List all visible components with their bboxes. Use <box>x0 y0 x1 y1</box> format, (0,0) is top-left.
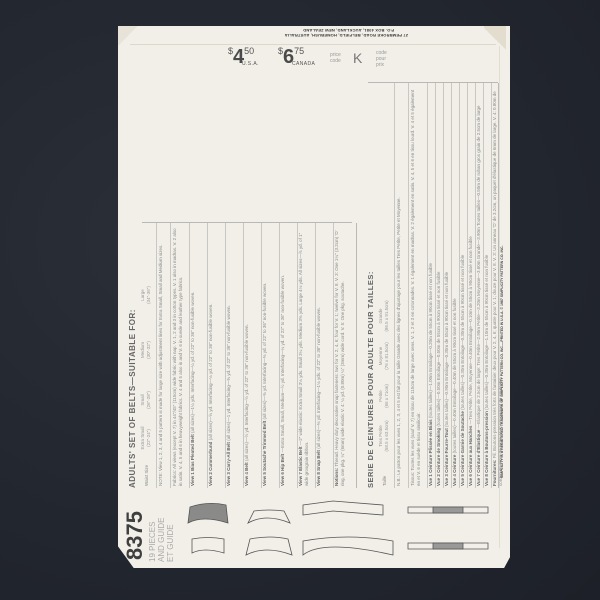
copyright-notice: SIMPLICITY IS A REGISTERED TRADEMARK OF … <box>500 246 505 479</box>
french-view-row: Vue 7 Ceinture d'Elastique —Elastique de… <box>476 87 482 486</box>
size-extra-small: Extra Small(22"-24") <box>140 420 151 456</box>
french-view-row: Vue 3 Ceinture Fourre-Tout (toutes taill… <box>444 87 450 486</box>
waist-size-label: Waist Size <box>144 456 150 486</box>
view-title: Vue 6 Ceinture aux Hanches <box>468 426 473 486</box>
section-divider <box>356 223 357 488</box>
english-view-row: View 8 Snap Belt (all sizes)—⅜ yd. Inter… <box>316 227 322 486</box>
size-small: Small(26"-28") <box>140 382 151 418</box>
french-view-row: Vue 1 Ceinture Plissée en Biais (toutes … <box>428 87 434 486</box>
english-heading: ADULTS' SET OF BELTS—SUITABLE FOR: <box>128 309 137 488</box>
view-requirements: (toutes tailles)—0.90m Entoilage—0.30m d… <box>444 272 449 427</box>
french-heading: SERIE DE CEINTURES POUR ADULTE POUR TAIL… <box>366 271 375 488</box>
view-title: View 2 Cummerbund <box>208 442 213 486</box>
english-view-row: View 7 Elastic Belt —2" wide elastic: Ex… <box>298 227 309 486</box>
english-view-row: View 3 Carry-All Belt (all sizes)—1 yd. … <box>226 227 232 486</box>
taille-petite: Petite(66 x 71cm) <box>378 376 389 416</box>
english-view-row: View 2 Cummerbund (all sizes)—⅝ yd. Inte… <box>208 227 214 486</box>
view-title: View 8 Snap Belt <box>316 450 321 486</box>
taille-grande: Grande(86.5 x 91.5cm) <box>378 296 389 336</box>
table-edge <box>498 83 499 488</box>
view-title: View 7 Elastic Belt <box>298 447 303 486</box>
view-requirements: Thread. Heavy duty decorative snap faste… <box>334 231 345 486</box>
french-note: N.B.: Le patron pour les vues 1, 2, 3, 4… <box>396 86 402 486</box>
view-title: Vue 3 Ceinture Fourre-Tout <box>444 428 449 486</box>
view-title: View 6 Hip Belt <box>280 454 285 486</box>
taille-label: Taille <box>382 456 388 486</box>
size-medium: Medium(30"-32") <box>140 332 151 368</box>
english-view-row: Notions: Thread. Heavy duty decorative s… <box>334 227 345 486</box>
english-view-row: View 5 Soutache Trimmed Belt (all sizes)… <box>262 227 268 486</box>
size-large: Large(34"-36") <box>140 277 151 313</box>
view-requirements: (all sizes)—⅜ yd. Interfacing—⅜ yd. of 2… <box>262 283 267 420</box>
english-note: NOTE: View 1, 2, 3, 4 and 5 pattern is m… <box>158 226 164 486</box>
view-title: Vue 8 Ceinture à Boutons-pression <box>484 411 489 486</box>
view-title: Fournitures: <box>492 460 497 487</box>
view-requirements: (toutes tailles)—0.30m Entoilage—0.30m d… <box>460 255 465 410</box>
french-fabrics: Tissus: Toutes les vues (sauf V. 7) en t… <box>410 86 421 486</box>
french-view-row: Vue 4 Ceinture (toutes tailles)—0.40m En… <box>452 87 458 486</box>
rotated-content: 8375 19 PIECES AND GUIDE ET GUIDE <box>118 26 510 568</box>
view-title: Vue 4 Ceinture <box>452 455 457 486</box>
table-edge <box>368 82 498 83</box>
view-requirements: —Tres Petite, Petite, Moyenne—0.40m Ento… <box>468 236 473 424</box>
view-requirements: (toutes tailles)—0.30m Entoilage—1.10m d… <box>484 255 489 410</box>
view-requirements: (toutes tailles)—0.40m Entoilage—0.40m d… <box>452 298 457 453</box>
english-view-row: View 6 Hip Belt —Extra Small, Small, Med… <box>280 227 286 486</box>
divider <box>156 223 157 488</box>
view-requirements: (all sizes)—½ yd. Interfacing—½ yd. of 2… <box>244 324 249 461</box>
french-view-row: Vue 5 Ceinture Garnie de Soutache (toute… <box>460 87 466 486</box>
french-view-row: Vue 8 Ceinture à Boutons-pression (toute… <box>484 87 490 486</box>
english-fabrics: Fabrics: All views (except V. 7) in 44"/… <box>172 226 183 486</box>
divider <box>394 83 395 488</box>
view-title: Notions: <box>334 468 339 486</box>
view-requirements: (toutes tailles)—0.50m Entoilage—0.50m d… <box>436 272 441 427</box>
view-title: Vue 2 Ceinture de Smoking <box>436 428 441 486</box>
view-requirements: —Elastique de 2.5cm de large: Tres Petit… <box>476 105 481 428</box>
view-title: View 5 Soutache Trimmed Belt <box>262 421 267 486</box>
view-requirements: (all sizes)—⅜ yd. Interfacing—1⅛ yds. of… <box>316 307 321 449</box>
pieces-info: 19 PIECES AND GUIDE ET GUIDE <box>148 518 175 562</box>
view-requirements: (all sizes)—⅝ yd. Interfacing—⅛ yd. of 2… <box>208 304 213 441</box>
view-title: View 1 Bias Pleated Belt <box>190 434 195 486</box>
english-view-row: View 4 Belt (all sizes)—½ yd. Interfacin… <box>244 227 250 486</box>
belt-illustrations <box>178 493 498 563</box>
view-title: Vue 7 Ceinture d'Elastique <box>476 430 481 486</box>
view-requirements: (all sizes)—1¼ yds. Interfacing—¼ yd. of… <box>190 292 195 434</box>
view-title: Vue 1 Ceinture Plissée en Biais <box>428 419 433 486</box>
view-requirements: (all sizes)—1 yd. Interfacing—⅜ yd. of 2… <box>226 305 231 441</box>
view-requirements: —Extra Small, Small, Medium—½ yd. Interf… <box>280 275 285 453</box>
view-title: View 4 Belt <box>244 462 249 486</box>
pattern-number: 8375 <box>122 511 148 560</box>
taille-moyenne: Moyenne(76 x 81.5cm) <box>378 336 389 376</box>
pattern-envelope-back: 27 PEMBROKE ROAD, BELFIELD, HOMEBUSH, AU… <box>118 26 510 568</box>
view-requirements: (toutes tailles)—1.00m Entoilage—0.20m d… <box>428 263 433 418</box>
divider <box>408 83 409 488</box>
french-view-row: Vue 2 Ceinture de Smoking (toutes taille… <box>436 87 442 486</box>
french-view-row: Vue 6 Ceinture aux Hanches —Tres Petite,… <box>468 87 474 486</box>
taille-tres-petite: Tres Petite(58.5 x 63.5cm) <box>378 416 389 456</box>
view-title: Vue 5 Ceinture Garnie de Soutache <box>460 411 465 486</box>
view-title: View 3 Carry-All Belt <box>226 442 231 486</box>
english-view-row: View 1 Bias Pleated Belt (all sizes)—1¼ … <box>190 227 196 486</box>
divider <box>170 223 171 488</box>
